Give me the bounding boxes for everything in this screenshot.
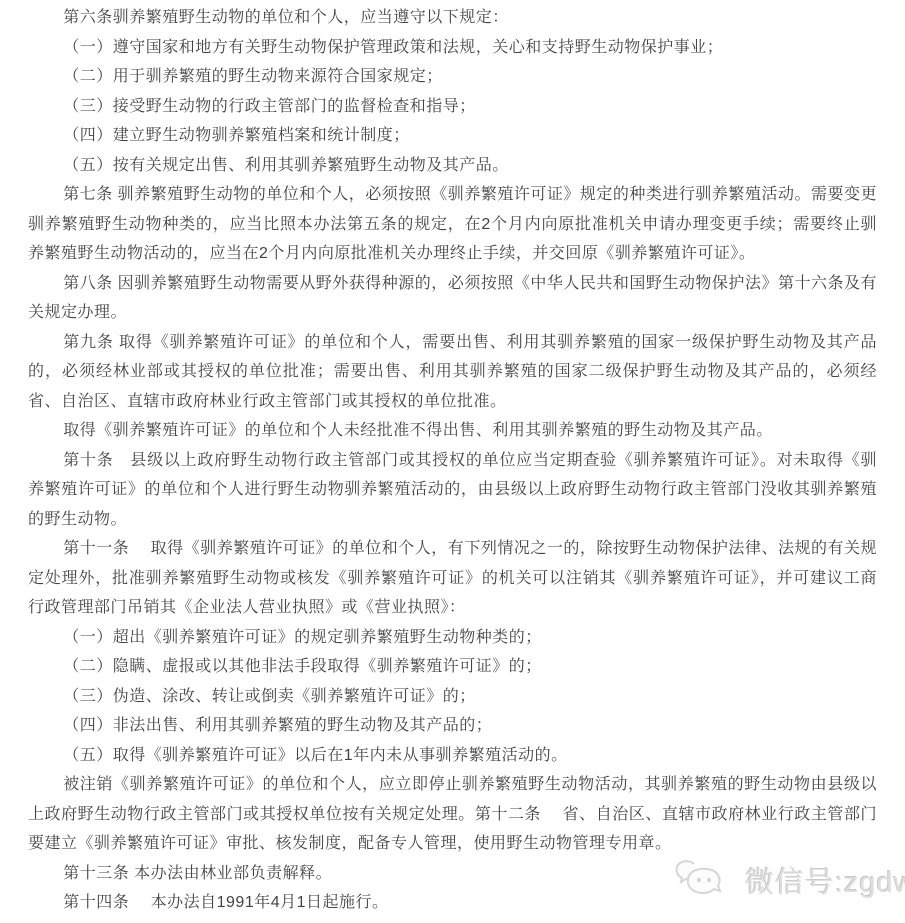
paragraph-article-6: 第六条驯养繁殖野生动物的单位和个人，应当遵守以下规定： [28,3,877,33]
paragraph-article-11: 第十一条 取得《驯养繁殖许可证》的单位和个人，有下列情况之一的，除按野生动物保护… [28,534,877,623]
paragraph-article-6-item-3: （三）接受野生动物的行政主管部门的监督检查和指导； [28,92,877,122]
paragraph-article-11-item-1: （一）超出《驯养繁殖许可证》的规定驯养繁殖野生动物种类的； [28,623,877,653]
paragraph-article-6-item-4: （四）建立野生动物驯养繁殖档案和统计制度； [28,121,877,151]
regulation-text-body: 第六条驯养繁殖野生动物的单位和个人，应当遵守以下规定： （一）遵守国家和地方有关… [28,3,877,918]
paragraph-article-6-item-2: （二）用于驯养繁殖的野生动物来源符合国家规定； [28,62,877,92]
paragraph-article-13: 第十三条 本办法由林业部负责解释。 [28,859,877,889]
paragraph-article-11-item-2: （二）隐瞒、虚报或以其他非法手段取得《驯养繁殖许可证》的； [28,652,877,682]
paragraph-article-11-item-5: （五）取得《驯养繁殖许可证》以后在1年内未从事驯养繁殖活动的。 [28,741,877,771]
paragraph-article-6-item-5: （五）按有关规定出售、利用其驯养繁殖野生动物及其产品。 [28,151,877,181]
paragraph-article-9: 第九条 取得《驯养繁殖许可证》的单位和个人，需要出售、利用其驯养繁殖的国家一级保… [28,328,877,417]
paragraph-article-6-item-1: （一）遵守国家和地方有关野生动物保护管理政策和法规，关心和支持野生动物保护事业； [28,33,877,63]
paragraph-article-11-item-3: （三）伪造、涂改、转让或倒卖《驯养繁殖许可证》的； [28,682,877,712]
paragraph-article-12: 被注销《驯养繁殖许可证》的单位和个人，应立即停止驯养繁殖野生动物活动，其驯养繁殖… [28,770,877,859]
paragraph-article-7: 第七条 驯养繁殖野生动物的单位和个人，必须按照《驯养繁殖许可证》规定的种类进行驯… [28,180,877,269]
paragraph-article-14: 第十四条 本办法自1991年4月1日起施行。 [28,888,877,918]
paragraph-article-8: 第八条 因驯养繁殖野生动物需要从野外获得种源的，必须按照《中华人民共和国野生动物… [28,269,877,328]
paragraph-article-9-cont: 取得《驯养繁殖许可证》的单位和个人未经批准不得出售、利用其驯养繁殖的野生动物及其… [28,416,877,446]
paragraph-article-10: 第十条 县级以上政府野生动物行政主管部门或其授权的单位应当定期查验《驯养繁殖许可… [28,446,877,535]
paragraph-article-11-item-4: （四）非法出售、利用其驯养繁殖的野生动物及其产品的； [28,711,877,741]
